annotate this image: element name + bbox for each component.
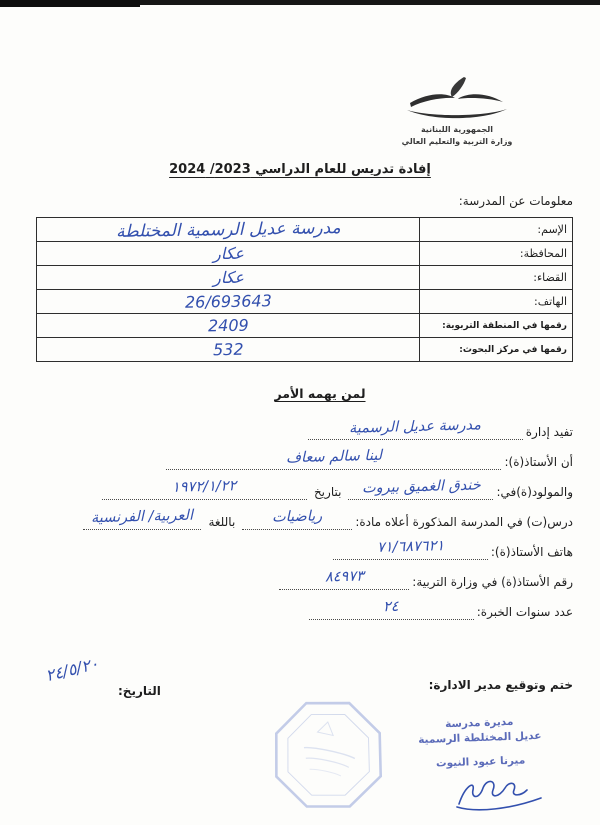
- line-subject: درس(ت) في المدرسة المذكورة أعلاه مادة: ر…: [28, 500, 573, 530]
- dotted-field: ٨٤٩٧٣: [279, 573, 409, 590]
- dotted-field: العربية/ الفرنسية: [83, 513, 201, 530]
- republic-label: الجمهورية اللبنانية: [362, 124, 552, 136]
- handwritten-governorate: عكار: [212, 244, 243, 264]
- certificate-lines: تفيد إدارة مدرسة عديل الرسمية أن الأستاذ…: [28, 410, 573, 620]
- table-row: المحافظة: عكار: [37, 242, 573, 266]
- school-info-table: الإسم: مدرسة عديل الرسمية المختلطة المحا…: [36, 217, 573, 362]
- handwritten-research-number: 532: [213, 340, 244, 360]
- handwritten-experience-years: ٢٤: [383, 599, 399, 615]
- line-ministry-number: رقم الأستاذ(ة) في وزارة التربية: ٨٤٩٧٣: [28, 560, 573, 590]
- scan-artifact-top-left: [0, 0, 140, 7]
- handwritten-ministry-number: ٨٤٩٧٣: [325, 568, 364, 585]
- signature-icon: [453, 776, 548, 820]
- dotted-field: رياضيات: [242, 513, 352, 530]
- line-label: تفيد إدارة: [526, 425, 573, 440]
- line-teacher-name: أن الأستاذ(ة): لينا سالم سعاف: [28, 440, 573, 470]
- document-title: إفادة تدريس للعام الدراسي 2023/ 2024: [120, 162, 480, 177]
- field-label-district: القضاء:: [420, 266, 573, 290]
- principal-stamp-text: مديرة مدرسة عديل المختلطة الرسمية ميرنا …: [399, 713, 561, 773]
- line-birth: والمولود(ة)في: خندق الغميق بيروت بتاريخ …: [28, 470, 573, 500]
- handwritten-teacher-name: لينا سالم سعاف: [286, 448, 382, 467]
- table-row: رقمها في المنطقة التربوية: 2409: [37, 314, 573, 338]
- dotted-field: ١٩٧٢/١/٢٢: [102, 483, 307, 500]
- dotted-field: ٢٤: [309, 603, 474, 620]
- line-school-administration: تفيد إدارة مدرسة عديل الرسمية: [28, 410, 573, 440]
- line-experience-years: عدد سنوات الخبرة: ٢٤: [28, 590, 573, 620]
- line-label: هاتف الأستاذ(ة):: [491, 545, 573, 560]
- line-label: رقم الأستاذ(ة) في وزارة التربية:: [412, 575, 573, 590]
- school-info-heading: معلومات عن المدرسة:: [459, 194, 573, 208]
- handwritten-date: ٢٤/٥/٢٠: [25, 649, 119, 690]
- line-label: درس(ت) في المدرسة المذكورة أعلاه مادة:: [355, 515, 573, 530]
- dotted-field: ٧١/٦٨٧٦٢١: [333, 543, 488, 560]
- ministry-label: وزارة التربية والتعليم العالي: [362, 136, 552, 148]
- field-label-name: الإسم:: [420, 218, 573, 242]
- handwritten-birthplace: خندق الغميق بيروت: [361, 477, 480, 496]
- field-label-phone: الهاتف:: [420, 290, 573, 314]
- date-label: التاريخ:: [118, 684, 161, 698]
- field-label-zone-number: رقمها في المنطقة التربوية:: [420, 314, 573, 338]
- handwritten-school-name: مدرسة عديل الرسمية المختلطة: [116, 218, 341, 242]
- line-label-date: بتاريخ: [314, 485, 342, 500]
- line-label: والمولود(ة)في:: [496, 485, 573, 500]
- line-label: عدد سنوات الخبرة:: [477, 605, 573, 620]
- handwritten-district: عكار: [212, 268, 243, 288]
- table-row: رقمها في مركز البحوث: 532: [37, 338, 573, 362]
- principal-name: ميرنا عبود النيوت: [400, 753, 560, 774]
- dotted-field: مدرسة عديل الرسمية: [308, 423, 523, 440]
- handwritten-birthdate: ١٩٧٢/١/٢٢: [172, 478, 237, 496]
- handwritten-language: العربية/ الفرنسية: [91, 508, 193, 527]
- octagonal-stamp-icon: [263, 693, 395, 825]
- field-label-governorate: المحافظة:: [420, 242, 573, 266]
- open-book-logo-icon: [362, 76, 552, 124]
- handwritten-school-phone: 26/693643: [184, 291, 271, 312]
- salutation: لمن يهمه الأمر: [200, 386, 440, 401]
- field-label-research-number: رقمها في مركز البحوث:: [420, 338, 573, 362]
- handwritten-school: مدرسة عديل الرسمية: [349, 417, 481, 436]
- ministry-logo: الجمهورية اللبنانية وزارة التربية والتعل…: [362, 76, 552, 148]
- line-label: أن الأستاذ(ة):: [504, 455, 573, 470]
- dotted-field: خندق الغميق بيروت: [348, 483, 493, 500]
- handwritten-zone-number: 2409: [207, 316, 248, 336]
- line-label-language: باللغة: [208, 515, 235, 530]
- table-row: الإسم: مدرسة عديل الرسمية المختلطة: [37, 218, 573, 242]
- handwritten-subject: رياضيات: [272, 508, 323, 525]
- scanned-document: الجمهورية اللبنانية وزارة التربية والتعل…: [0, 0, 600, 825]
- table-row: الهاتف: 26/693643: [37, 290, 573, 314]
- stamp-signature-label: ختم وتوقيع مدير الادارة:: [429, 678, 573, 692]
- handwritten-teacher-phone: ٧١/٦٨٧٦٢١: [377, 538, 445, 556]
- dotted-field: لينا سالم سعاف: [166, 453, 501, 470]
- table-row: القضاء: عكار: [37, 266, 573, 290]
- line-teacher-phone: هاتف الأستاذ(ة): ٧١/٦٨٧٦٢١: [28, 530, 573, 560]
